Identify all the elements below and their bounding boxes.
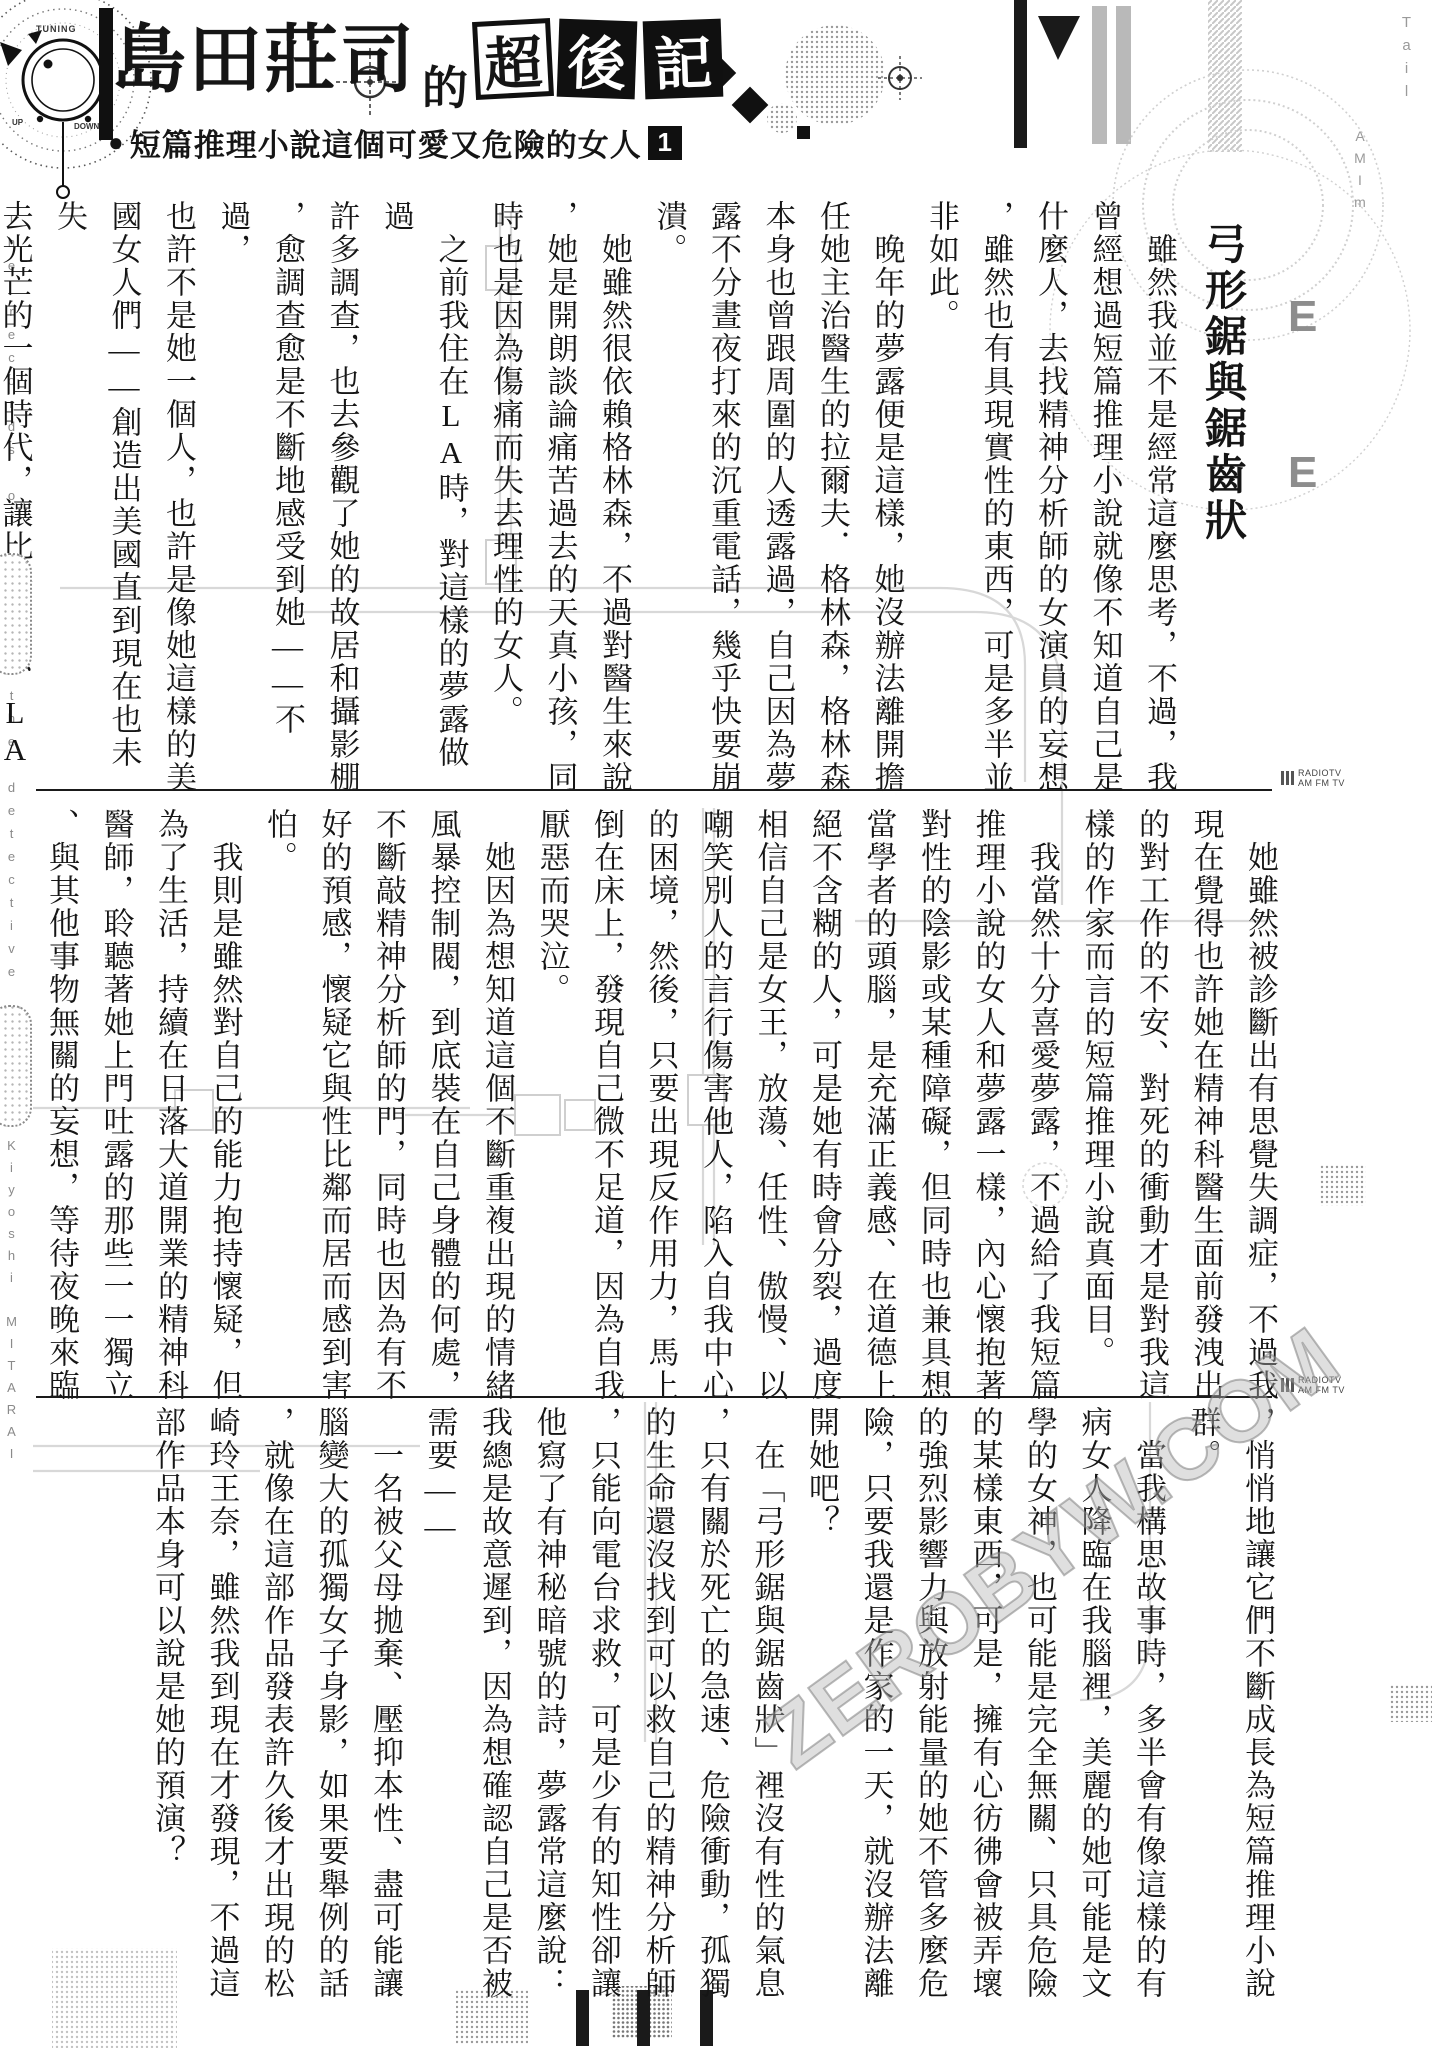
text-column: 露不分晝夜打來的沉重電話，幾乎快要崩 [696, 200, 751, 800]
text-column: 去光芒的一個時代，讓比佛利山、LA閃 [0, 200, 42, 800]
radio-dial-label: RADIOTV AM FM TV [1281, 768, 1345, 788]
text-column: 的強烈影響力與放射能量的她不管多麼危 [903, 1406, 958, 2021]
text-column: 我總是故意遲到，因為想確認自己是否被 [467, 1406, 522, 2021]
text-column: ，她是開朗談論痛苦過去的天真小孩，同 [532, 200, 587, 800]
text-column: 怕。 [252, 808, 307, 1410]
text-column: 之前我住在LA時，對這樣的夢露做過 [369, 200, 478, 800]
text-column: 的生命還沒找到可以救自己的精神分析師 [630, 1406, 685, 2021]
text-column: 許多調查，也去參觀了她的故居和攝影棚 [314, 200, 369, 800]
band-divider-2 [36, 1396, 1272, 1398]
scanned-book-page: TUNING UP DOWN [0, 0, 1440, 2048]
text-column: 的對工作的不安、對死的衝動才是對我這 [1124, 808, 1179, 1410]
text-column: 、與其他事物無關的妄想，等待夜晚來臨 [34, 808, 89, 1410]
text-column: 好的預感，懷疑它與性比鄰而居而感到害 [306, 808, 361, 1410]
text-column: 她雖然很依賴格林森，不過對醫生來說 [587, 200, 642, 800]
text-column: 我則是雖然對自己的能力抱持懷疑，但 [197, 808, 252, 1410]
text-column: 為了生活，持續在日落大道開業的精神科 [143, 808, 198, 1410]
volume-number-badge: 1 [648, 126, 682, 160]
title-particle: 的 [422, 52, 468, 118]
text-column: ，只有關於死亡的急速、危險衝動，孤獨 [685, 1406, 740, 2021]
text-column: 什麼人，去找精神分析師的女演員的妄想 [1023, 200, 1078, 800]
text-column: 醫師，聆聽著她上門吐露的那些一一獨立 [88, 808, 143, 1410]
antenna-bars-icon [1281, 771, 1294, 785]
text-column: 國女人們——創造出美國直到現在也未失 [42, 200, 151, 800]
svg-text:DOWN: DOWN [74, 122, 100, 131]
page-title: 島田莊司 的 超 後 記 [112, 12, 722, 118]
page-subtitle: ● 短篇推理小說這個可愛又危險的女人 1 [108, 120, 682, 165]
text-column: 本身也曾跟周圍的人透露過，自己因為夢 [750, 200, 805, 800]
right-margin-letters: Tail [1398, 14, 1415, 106]
text-column: 對性的陰影或某種障礙，但同時也兼具想 [906, 808, 961, 1410]
text-column: 不斷敲精神分析師的門，同時也因為有不 [361, 808, 416, 1410]
text-column: ，只能向電台求救，可是少有的知性卻讓 [576, 1406, 631, 2021]
letter-e-deco: E [1288, 292, 1317, 342]
halftone-blob [785, 25, 885, 125]
band-divider-1 [36, 789, 1272, 791]
text-column: 厭惡而哭泣。 [524, 808, 579, 1410]
svg-text:TUNING: TUNING [36, 24, 77, 34]
svg-text:UP: UP [12, 118, 24, 127]
text-column: ，愈調查愈是不斷地感受到她——不過， [205, 200, 314, 800]
letter-e-deco: E [1288, 448, 1317, 498]
text-band-1: 雖然我並不是經常這麼思考，不過，我曾經想過短篇推理小說就像不知道自己是什麼人，去… [40, 200, 1186, 800]
text-column: 他寫了有神秘暗號的詩，夢露常這麼說： [521, 1406, 576, 2021]
title-boxed-char-2: 後 [557, 19, 638, 100]
text-column: 崎玲王奈，雖然我到現在才發現，不過這 [194, 1406, 249, 2021]
dotted-badge [0, 1005, 32, 1127]
text-column: 推理小說的女人和夢露一樣，內心懷抱著 [960, 808, 1015, 1410]
right-margin-letters: AMIm [1352, 128, 1368, 216]
left-margin-series-text: Kiyoshi MITARAI [4, 1138, 19, 1468]
text-column: 任她主治醫生的拉爾夫．格林森，格林森 [805, 200, 860, 800]
text-column: 非如此。 [914, 200, 969, 800]
text-column: 一名被父母拋棄、壓抑本性、盡可能讓 [358, 1406, 413, 2021]
halftone-blob [767, 103, 797, 133]
section-heading: 弓形鋸與鋸齒狀 [1198, 222, 1252, 562]
text-column: 時也是因為傷痛而失去理性的女人。 [478, 200, 533, 800]
text-column: ，就像在這部作品發表許久後才出現的松 [249, 1406, 304, 2021]
text-column: ，悄悄地讓它們不斷成長為短篇推理小說 [1230, 1406, 1285, 2021]
text-column: 樣的作家而言的短篇推理小說真面目。 [1069, 808, 1124, 1410]
text-column: 我當然十分喜愛夢露，不過給了我短篇 [1015, 808, 1070, 1410]
text-column: 絕不含糊的人，可是她有時會分裂，過度 [797, 808, 852, 1410]
text-column: 相信自己是女王，放蕩、任性、傲慢、以 [742, 808, 797, 1410]
title-boxed-char-3: 記 [643, 19, 724, 100]
subtitle-text: 短篇推理小說這個可愛又危險的女人 [130, 120, 642, 165]
dotted-badge [0, 553, 32, 675]
text-column: 腦變大的孤獨女子身影，如果要舉例的話 [303, 1406, 358, 2021]
text-column: 部作品本身可以說是她的預演？ [140, 1406, 195, 2021]
text-column: 嘲笑別人的言行傷害他人，陷入自我中心 [688, 808, 743, 1410]
text-column: 的某樣東西，可是，擁有心彷彿會被弄壞 [957, 1406, 1012, 2021]
text-band-2: 她雖然被診斷出有思覺失調症，不過我現在覺得也許她在精神科醫生面前發洩出的對工作的… [33, 808, 1287, 1410]
text-column: 也許不是她一個人，也許是像她這樣的美 [151, 200, 206, 800]
text-column: 需要—— [412, 1406, 467, 2021]
title-boxed-char-1: 超 [472, 18, 554, 100]
bullet-icon: ● [108, 128, 124, 158]
title-author: 島田莊司 [112, 12, 416, 110]
text-column: 晚年的夢露便是這樣，她沒辦法離開擔 [859, 200, 914, 800]
text-column: 風暴控制閥，到底裝在自己身體的何處， [415, 808, 470, 1410]
text-column: ，雖然也有具現實性的東西，可是多半並 [968, 200, 1023, 800]
text-column: 倒在床上，發現自己微不足道，因為自我 [579, 808, 634, 1410]
text-column: 潰。 [641, 200, 696, 800]
text-column: 當學者的頭腦，是充滿正義感、在道德上 [851, 808, 906, 1410]
text-column: 現在覺得也許她在精神科醫生面前發洩出 [1178, 808, 1233, 1410]
text-column: 她因為想知道這個不斷重複出現的情緒 [470, 808, 525, 1410]
text-column: 曾經想過短篇推理小說就像不知道自己是 [1077, 200, 1132, 800]
text-column: 雖然我並不是經常這麼思考，不過，我 [1132, 200, 1187, 800]
text-column: 她雖然被診斷出有思覺失調症，不過我 [1233, 808, 1288, 1410]
text-column: 的困境，然後，只要出現反作用力，馬上 [633, 808, 688, 1410]
